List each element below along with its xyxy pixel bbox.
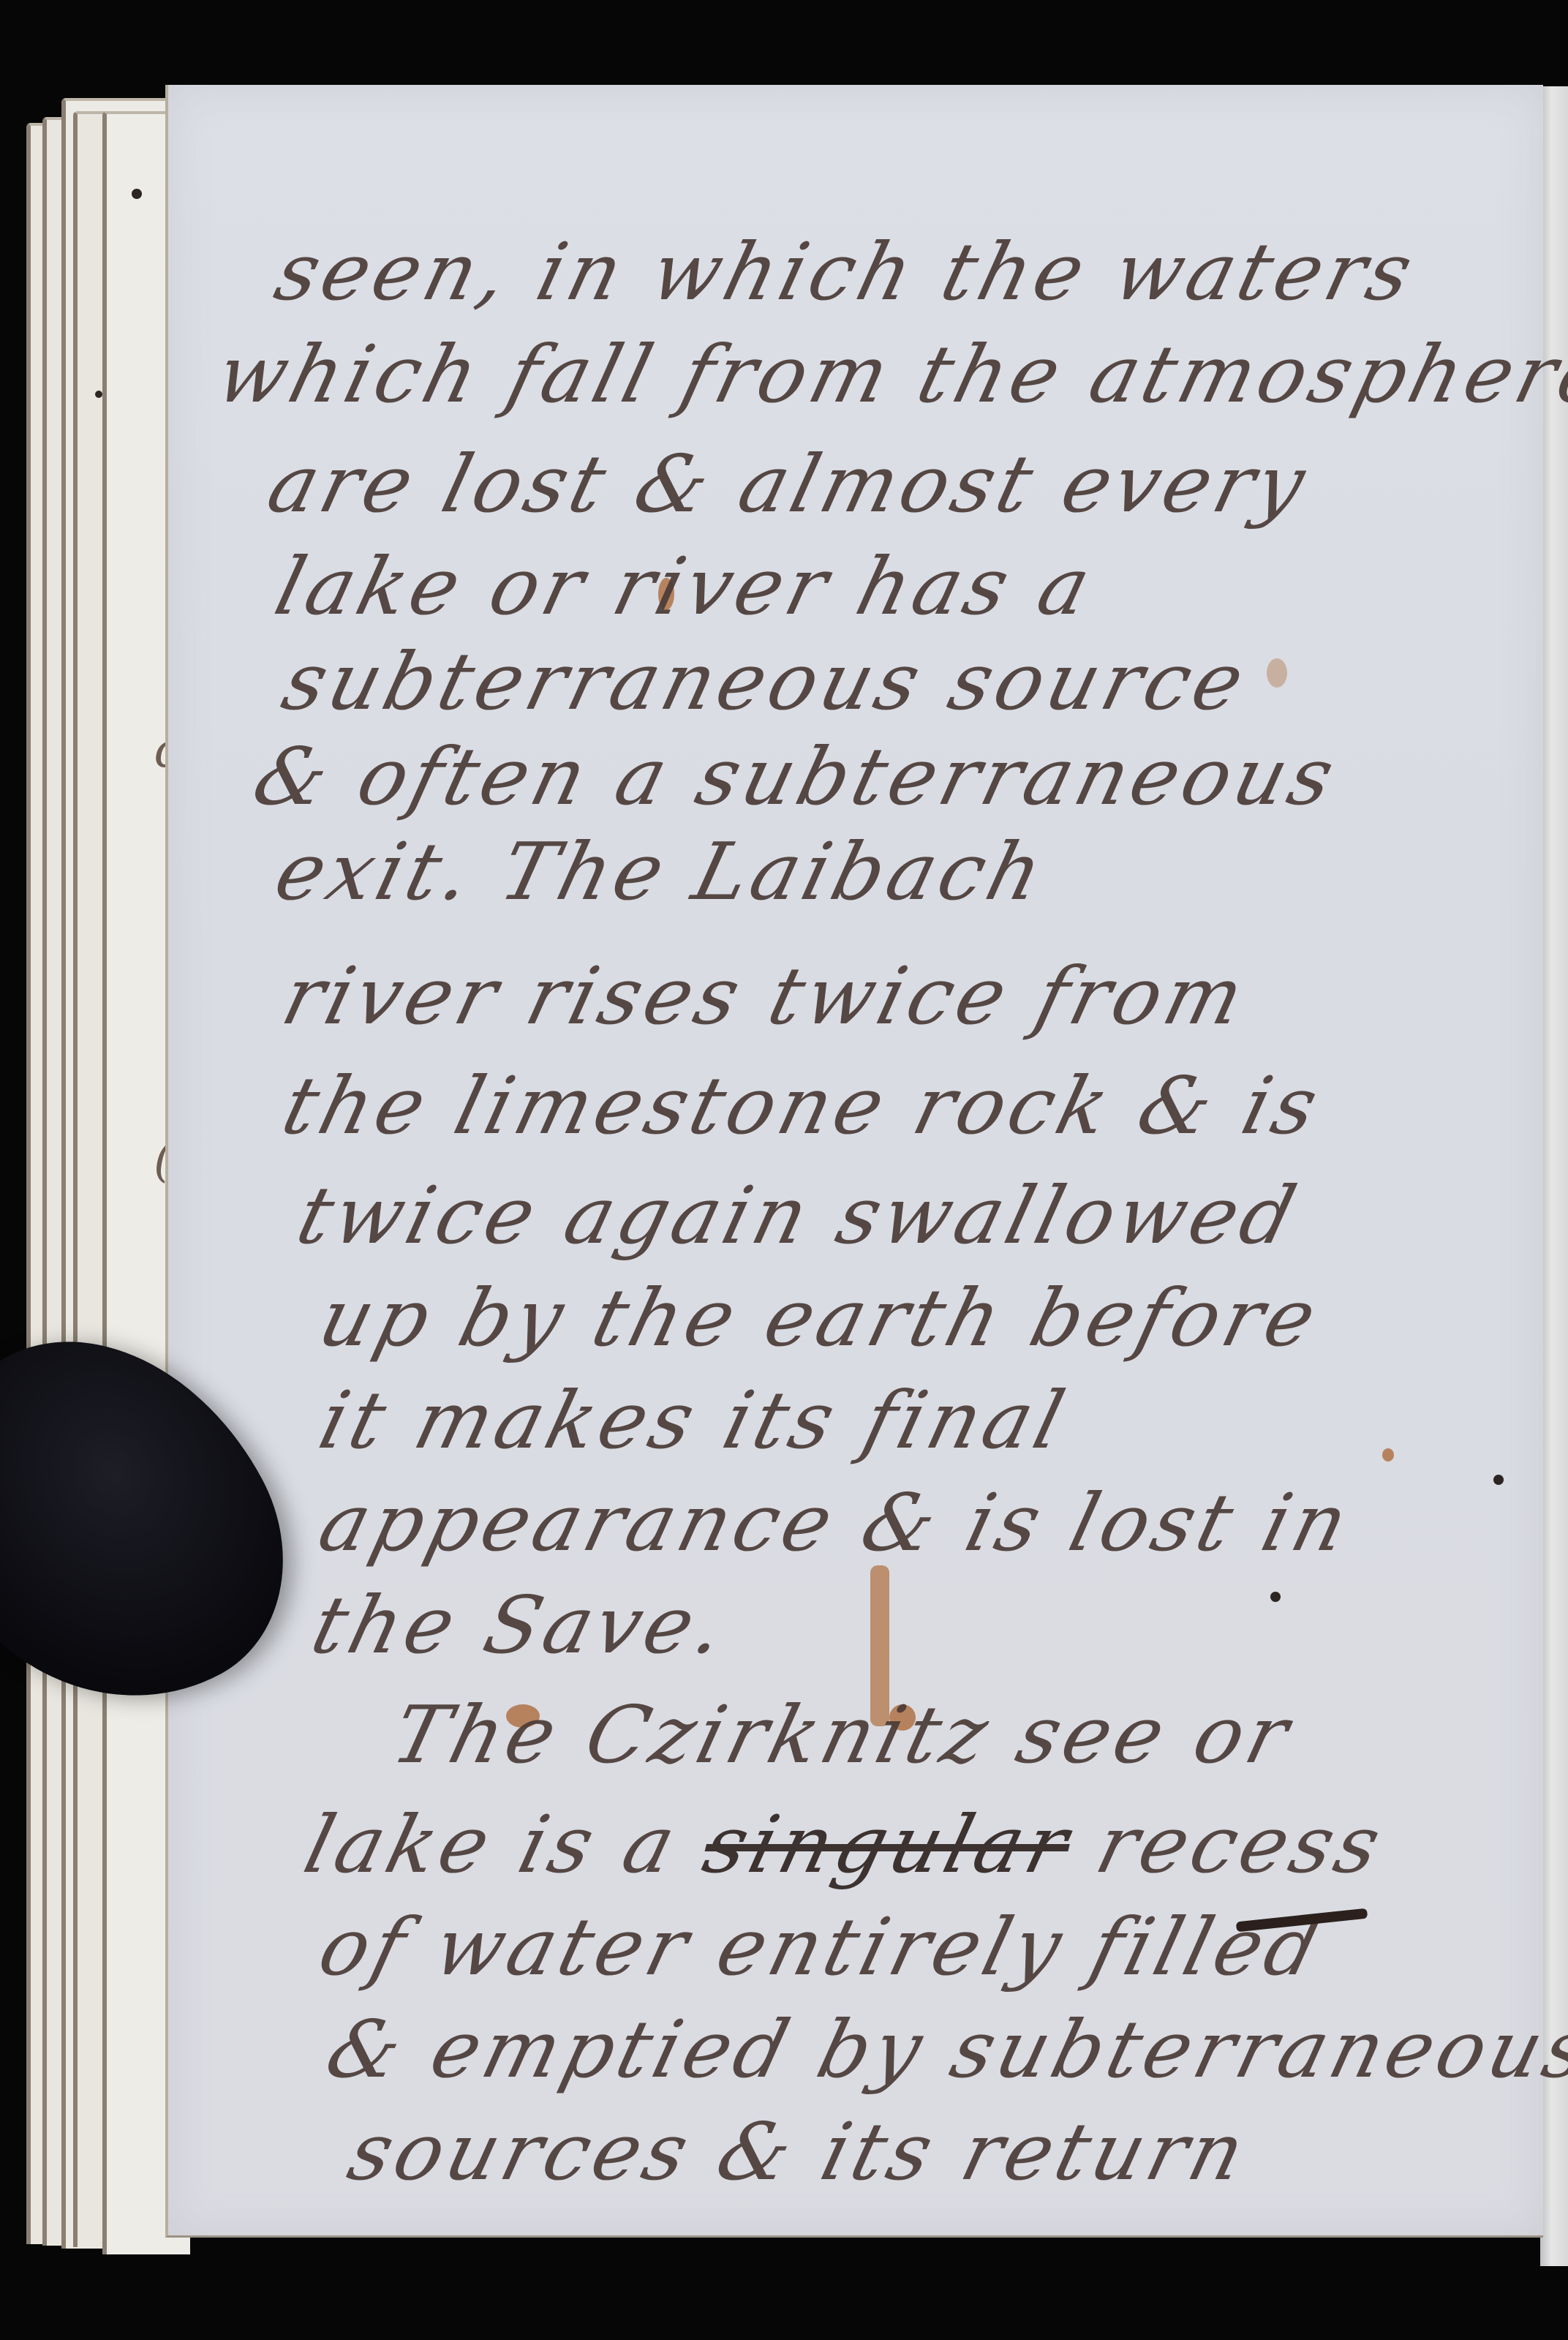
handwritten-line: the Save. <box>303 1580 737 1671</box>
handwritten-line: & emptied by subterraneous <box>317 2004 1568 2096</box>
handwritten-line: & often a subterraneous <box>244 731 1346 823</box>
handwritten-line: exit. The Laibach <box>266 827 1055 918</box>
handwritten-line: subterraneous source <box>274 636 1256 728</box>
ink-dot <box>132 189 142 199</box>
handwritten-line: appearance & is lost in <box>310 1478 1360 1569</box>
handwritten-line: sources & its return <box>339 2107 1257 2198</box>
handwritten-line: of water entirely filled <box>310 1902 1333 1993</box>
handwritten-line: lake is a singular recess <box>295 1799 1393 1891</box>
handwritten-line: it makes its final <box>310 1375 1077 1467</box>
stain <box>1267 658 1287 688</box>
handwritten-line: river rises twice from <box>274 951 1256 1042</box>
line-text: recess <box>1088 1799 1393 1891</box>
ink-dot <box>95 391 102 398</box>
struck-word: singular <box>695 1799 1081 1891</box>
stain <box>1382 1448 1394 1461</box>
handwritten-line: twice again swallowed <box>288 1170 1308 1262</box>
photo-background: d ( ( ( ( seen, in which the waters whic… <box>0 0 1568 2340</box>
ink-dot <box>1270 1592 1281 1602</box>
ink-dot <box>1493 1475 1504 1485</box>
handwritten-line: lake or river has a <box>266 541 1103 633</box>
handwritten-line: the limestone rock & is <box>274 1061 1330 1152</box>
handwritten-line: seen, in which the waters <box>266 227 1425 318</box>
handwritten-line: The Czirknitz see or <box>383 1690 1301 1781</box>
line-text: lake is a <box>295 1799 687 1891</box>
handwritten-line: which fall from the atmosphere <box>208 329 1568 421</box>
handwritten-line: up by the earth before <box>310 1273 1329 1364</box>
handwritten-line: are lost & almost every <box>259 439 1318 530</box>
